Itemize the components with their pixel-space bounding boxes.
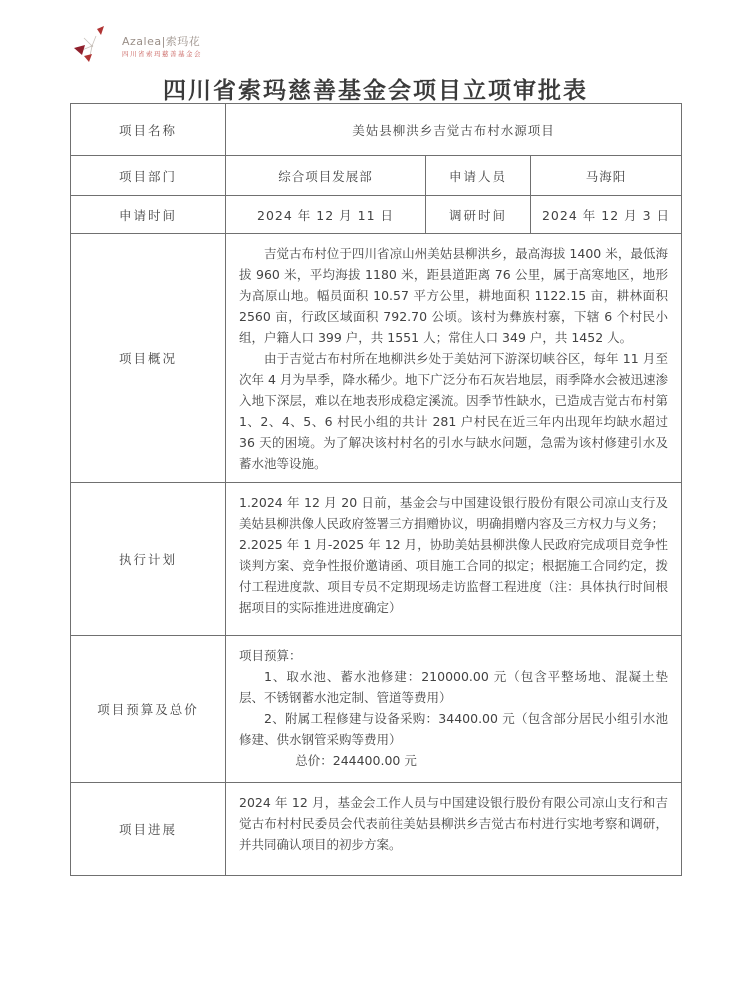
progress-content: 2024 年 12 月，基金会工作人员与中国建设银行股份有限公司凉山支行和吉觉古… bbox=[226, 783, 682, 876]
page-title: 四川省索玛慈善基金会项目立项审批表 bbox=[70, 72, 681, 105]
foundation-logo: Azalea|索玛花 四川省索玛慈善基金会 bbox=[70, 24, 202, 68]
row-progress: 项目进展 2024 年 12 月，基金会工作人员与中国建设银行股份有限公司凉山支… bbox=[71, 783, 682, 876]
overview-paragraph-1: 吉觉古布村位于四川省凉山州美姑县柳洪乡，最高海拔 1400 米，最低海拔 960… bbox=[239, 243, 668, 348]
apply-time-label: 申请时间 bbox=[71, 196, 226, 234]
department-value: 综合项目发展部 bbox=[226, 156, 426, 196]
row-budget: 项目预算及总价 项目预算： 1、取水池、蓄水池修建：210000.00 元（包含… bbox=[71, 636, 682, 783]
budget-item-2: 2、附属工程修建与设备采购：34400.00 元（包含部分居民小组引水池修建、供… bbox=[239, 708, 668, 750]
plan-item-2: 2.2025 年 1 月-2025 年 12 月，协助美姑县柳洪像人民政府完成项… bbox=[239, 534, 668, 618]
row-overview: 项目概况 吉觉古布村位于四川省凉山州美姑县柳洪乡，最高海拔 1400 米，最低海… bbox=[71, 234, 682, 483]
row-department-applicant: 项目部门 综合项目发展部 申请人员 马海阳 bbox=[71, 156, 682, 196]
project-name-value: 美姑县柳洪乡吉觉古布村水源项目 bbox=[226, 104, 682, 156]
scanned-document-page: Azalea|索玛花 四川省索玛慈善基金会 四川省索玛慈善基金会项目立项审批表 … bbox=[0, 0, 750, 1000]
overview-content: 吉觉古布村位于四川省凉山州美姑县柳洪乡，最高海拔 1400 米，最低海拔 960… bbox=[226, 234, 682, 483]
plan-label: 执行计划 bbox=[71, 483, 226, 636]
azalea-flower-icon bbox=[70, 24, 116, 68]
research-time-value: 2024 年 12 月 3 日 bbox=[531, 196, 682, 234]
overview-label: 项目概况 bbox=[71, 234, 226, 483]
approval-form-table: 项目名称 美姑县柳洪乡吉觉古布村水源项目 项目部门 综合项目发展部 申请人员 马… bbox=[70, 103, 682, 876]
progress-paragraph: 2024 年 12 月，基金会工作人员与中国建设银行股份有限公司凉山支行和吉觉古… bbox=[239, 792, 668, 855]
budget-label: 项目预算及总价 bbox=[71, 636, 226, 783]
budget-total: 总价：244400.00 元 bbox=[239, 750, 668, 771]
applicant-label: 申请人员 bbox=[426, 156, 531, 196]
progress-label: 项目进展 bbox=[71, 783, 226, 876]
project-name-label: 项目名称 bbox=[71, 104, 226, 156]
plan-item-1: 1.2024 年 12 月 20 日前，基金会与中国建设银行股份有限公司凉山支行… bbox=[239, 492, 668, 534]
row-plan: 执行计划 1.2024 年 12 月 20 日前，基金会与中国建设银行股份有限公… bbox=[71, 483, 682, 636]
overview-paragraph-2: 由于吉觉古布村所在地柳洪乡处于美姑河下游深切峡谷区，每年 11 月至次年 4 月… bbox=[239, 348, 668, 474]
department-label: 项目部门 bbox=[71, 156, 226, 196]
logo-brand-text: Azalea|索玛花 bbox=[122, 36, 202, 48]
row-times: 申请时间 2024 年 12 月 11 日 调研时间 2024 年 12 月 3… bbox=[71, 196, 682, 234]
row-project-name: 项目名称 美姑县柳洪乡吉觉古布村水源项目 bbox=[71, 104, 682, 156]
plan-content: 1.2024 年 12 月 20 日前，基金会与中国建设银行股份有限公司凉山支行… bbox=[226, 483, 682, 636]
budget-content: 项目预算： 1、取水池、蓄水池修建：210000.00 元（包含平整场地、混凝土… bbox=[226, 636, 682, 783]
logo-subtext: 四川省索玛慈善基金会 bbox=[122, 51, 202, 58]
budget-heading: 项目预算： bbox=[239, 645, 668, 666]
research-time-label: 调研时间 bbox=[426, 196, 531, 234]
apply-time-value: 2024 年 12 月 11 日 bbox=[226, 196, 426, 234]
logo-text-block: Azalea|索玛花 四川省索玛慈善基金会 bbox=[122, 24, 202, 58]
budget-item-1: 1、取水池、蓄水池修建：210000.00 元（包含平整场地、混凝土垫层、不锈钢… bbox=[239, 666, 668, 708]
applicant-value: 马海阳 bbox=[531, 156, 682, 196]
